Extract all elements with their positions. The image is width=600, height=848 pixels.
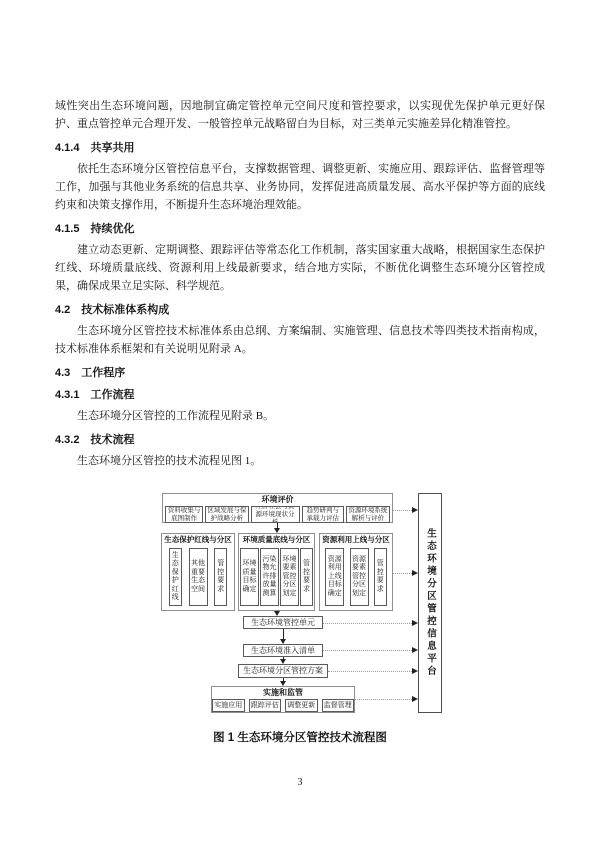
flowchart-subbox-row: 实施应用 跟踪评估 调整更新 监督管理 bbox=[212, 699, 354, 712]
flowchart-box-information-platform: 生态环境分区管控信息平台 bbox=[418, 493, 442, 713]
heading-number: 4.3 bbox=[55, 367, 70, 379]
flowchart-subbox: 资料收集与底图制作 bbox=[165, 506, 203, 523]
down-arrow-icon bbox=[274, 528, 280, 533]
heading-number: 4.3.1 bbox=[55, 389, 79, 401]
flowchart-subbox-row: 资料收集与底图制作 区域发展与保护战略分析 经济社会与资源环境现状分析 趋势研判… bbox=[163, 506, 392, 523]
flowchart-subbox-row: 资源利用上线目标确定 资源要素管控分区划定 管控要求 bbox=[320, 548, 392, 606]
heading-number: 4.3.2 bbox=[55, 434, 79, 446]
flowchart-subbox: 实施应用 bbox=[212, 699, 245, 712]
down-arrow-icon bbox=[283, 629, 284, 639]
page-number: 3 bbox=[0, 777, 600, 788]
flowchart-box-ecological-redline: 生态保护红线与分区 生态保护红线 其他重要生态空间 管控要求 bbox=[161, 533, 235, 611]
right-arrow-icon bbox=[412, 647, 418, 653]
flowchart-subbox: 跟踪评估 bbox=[249, 699, 282, 712]
flowchart-box-environment-quality: 环境质量底线与分区 环境质量目标确定 污染物允许排放量测算 环境要素管控分区划定… bbox=[238, 533, 315, 611]
flowchart-box-implementation-supervision: 实施和监管 实施应用 跟踪评估 调整更新 监督管理 bbox=[211, 686, 355, 713]
dotted-connector bbox=[323, 650, 412, 651]
paragraph-4-1-5: 建立动态更新、定期调整、跟踪评估等常态化工作机制，落实国家重大战略，根据国家生态… bbox=[55, 241, 545, 295]
paragraph-4-3-2: 生态环境分区管控的技术流程见图 1。 bbox=[55, 452, 545, 470]
flowchart-subbox: 污染物允许排放量测算 bbox=[260, 548, 279, 606]
document-page: 域性突出生态环境问题，因地制宜确定管控单元空间尺度和管控要求，以实现优先保护单元… bbox=[0, 0, 600, 848]
heading-4-2: 4.2技术标准体系构成 bbox=[55, 303, 545, 317]
heading-title: 工作流程 bbox=[90, 389, 134, 401]
heading-4-1-4: 4.1.4共享共用 bbox=[55, 141, 545, 155]
flowchart-subbox: 资源要素管控分区划定 bbox=[350, 548, 369, 606]
paragraph-continuation: 域性突出生态环境问题，因地制宜确定管控单元空间尺度和管控要求，以实现优先保护单元… bbox=[55, 97, 545, 133]
flowchart-subbox: 管控要求 bbox=[214, 548, 227, 606]
flowchart-subbox: 管控要求 bbox=[300, 548, 313, 606]
paragraph-4-1-4: 依托生态环境分区管控信息平台，支撑数据管理、调整更新、实施应用、跟踪评估、监督管… bbox=[55, 160, 545, 214]
down-arrow-icon bbox=[283, 657, 284, 660]
flowchart-box-title: 环境质量底线与分区 bbox=[239, 534, 314, 545]
flowchart-box-title: 资源利用上线与分区 bbox=[320, 534, 392, 545]
heading-number: 4.2 bbox=[55, 304, 70, 316]
flowchart-subbox: 环境质量目标确定 bbox=[240, 548, 259, 606]
right-arrow-icon bbox=[412, 570, 418, 576]
down-arrow-icon bbox=[277, 523, 278, 528]
heading-title: 共享共用 bbox=[90, 142, 134, 154]
down-arrow-icon bbox=[274, 611, 280, 616]
figure-caption: 图 1 生态环境分区管控技术流程图 bbox=[0, 729, 600, 745]
heading-4-3-2: 4.3.2技术流程 bbox=[55, 433, 545, 447]
heading-number: 4.1.5 bbox=[55, 223, 79, 235]
flowchart-box-environment-evaluation: 环境评价 资料收集与底图制作 区域发展与保护战略分析 经济社会与资源环境现状分析… bbox=[162, 493, 393, 523]
down-arrow-icon bbox=[280, 659, 286, 664]
right-arrow-icon bbox=[412, 620, 418, 626]
flowchart-subbox-row: 环境质量目标确定 污染物允许排放量测算 环境要素管控分区划定 管控要求 bbox=[239, 548, 314, 606]
dotted-connector bbox=[355, 699, 412, 700]
flowchart-subbox: 生态保护红线 bbox=[169, 548, 182, 606]
dotted-connector bbox=[328, 671, 412, 672]
flowchart-subbox: 监督管理 bbox=[322, 699, 355, 712]
flowchart-subbox: 资源环境系统解析与评价 bbox=[346, 506, 390, 523]
flowchart-subbox: 经济社会与资源环境现状分析 bbox=[251, 506, 300, 523]
right-arrow-icon bbox=[412, 668, 418, 674]
heading-4-3-1: 4.3.1工作流程 bbox=[55, 388, 545, 402]
flowchart-box-title: 实施和监管 bbox=[212, 687, 354, 698]
heading-title: 持续优化 bbox=[90, 223, 134, 235]
heading-title: 技术标准体系构成 bbox=[81, 304, 169, 316]
text-block: 域性突出生态环境问题，因地制宜确定管控单元空间尺度和管控要求，以实现优先保护单元… bbox=[55, 97, 545, 470]
flowchart-box-resource-utilization: 资源利用上线与分区 资源利用上线目标确定 资源要素管控分区划定 管控要求 bbox=[319, 533, 393, 611]
flowchart-subbox: 调整更新 bbox=[285, 699, 318, 712]
down-arrow-icon bbox=[280, 681, 286, 686]
flowchart-subbox: 环境要素管控分区划定 bbox=[280, 548, 299, 606]
flowchart-box-control-plan: 生态环境分区管控方案 bbox=[238, 664, 328, 678]
right-arrow-icon bbox=[412, 696, 418, 702]
flowchart-subbox: 趋势研判与承载力评估 bbox=[302, 506, 344, 523]
flowchart-box-control-unit: 生态环境管控单元 bbox=[243, 616, 323, 629]
paragraph-4-2: 生态环境分区管控技术标准体系由总纲、方案编制、实施管理、信息技术等四类技术指南构… bbox=[55, 322, 545, 358]
heading-title: 工作程序 bbox=[81, 367, 125, 379]
heading-title: 技术流程 bbox=[90, 434, 134, 446]
down-arrow-icon bbox=[283, 678, 284, 682]
flowchart-subbox: 区域发展与保护战略分析 bbox=[205, 506, 248, 523]
heading-4-3: 4.3工作程序 bbox=[55, 366, 545, 380]
heading-number: 4.1.4 bbox=[55, 142, 79, 154]
flowchart-subbox: 管控要求 bbox=[374, 548, 387, 606]
flowchart-box-access-list: 生态环境准入清单 bbox=[243, 644, 323, 657]
dotted-connector bbox=[323, 623, 412, 624]
heading-4-1-5: 4.1.5持续优化 bbox=[55, 222, 545, 236]
flowchart-subbox-row: 生态保护红线 其他重要生态空间 管控要求 bbox=[162, 548, 234, 606]
down-arrow-icon bbox=[280, 639, 286, 644]
right-arrow-icon bbox=[412, 507, 418, 513]
flowchart-box-title: 环境评价 bbox=[163, 494, 392, 505]
dotted-connector bbox=[393, 573, 412, 574]
flowchart-subbox: 其他重要生态空间 bbox=[189, 548, 208, 606]
flowchart-box-title: 生态保护红线与分区 bbox=[162, 534, 234, 545]
flowchart-subbox: 资源利用上线目标确定 bbox=[325, 548, 344, 606]
dotted-connector bbox=[393, 510, 412, 511]
paragraph-4-3-1: 生态环境分区管控的工作流程见附录 B。 bbox=[55, 407, 545, 425]
